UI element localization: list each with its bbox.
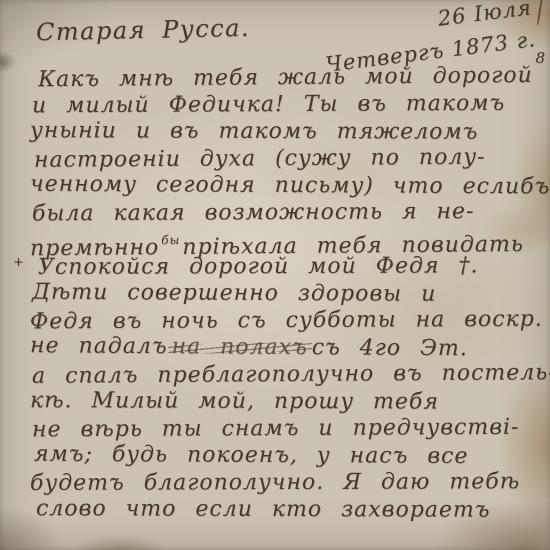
letter-line: кѣ. Милый мой, прошу тебя — [30, 387, 550, 416]
pen-stroke-mark — [537, 0, 544, 26]
letter-line-with-insertion: премѣннобыпріѣхала тебя повидать — [30, 224, 550, 256]
letter-line: уныніи и въ такомъ тяжеломъ — [30, 117, 550, 146]
letter-photo: Старая Русса. 26 Іюля Четвергъ 1873 г. 8… — [0, 0, 550, 550]
letter-body: Какъ мнѣ тебя жаль мой дорогой и милый Ф… — [30, 64, 550, 523]
letter-line: слово что если кто захвораетъ — [36, 495, 550, 524]
struck-out-words: на полахъ — [171, 334, 307, 360]
letter-line: настроеніи духа (сужу по полу- — [34, 143, 550, 174]
margin-cross-mark: + — [13, 255, 24, 270]
line-segment: не падалъ — [30, 333, 168, 359]
letter-line: а спалъ преблагополучно въ постель- — [32, 359, 550, 390]
letter-line: была какая возможность я не- — [32, 198, 550, 228]
superscript-insertion: бы — [161, 233, 180, 247]
letter-line-with-strikethrough: не падалъна полахъсъ 4го Эт. — [30, 332, 550, 363]
letter-line: и милый Федичка! Ты въ такомъ — [32, 90, 550, 120]
letter-line: Какъ мнѣ тебя жаль мой дорогой — [38, 62, 550, 93]
letter-line: Дѣти совершенно здоровы и — [32, 279, 550, 309]
place-line: Старая Русса. — [36, 14, 251, 46]
letter-line: ченному сегодня письму) что еслибъ — [30, 171, 550, 201]
letter-line: ямъ; будь покоенъ, у насъ все — [34, 441, 550, 471]
line-segment: съ 4го Эт. — [312, 335, 468, 361]
letter-line: не вѣрь ты снамъ и предчувстві- — [32, 414, 550, 444]
letter-line: Федя въ ночь съ субботы на воскр. — [30, 306, 550, 336]
letter-line: будетъ благополучно. Я даю тебѣ — [30, 468, 550, 497]
letter-line: Успокойся дорогой мой Федя †. — [38, 252, 550, 281]
